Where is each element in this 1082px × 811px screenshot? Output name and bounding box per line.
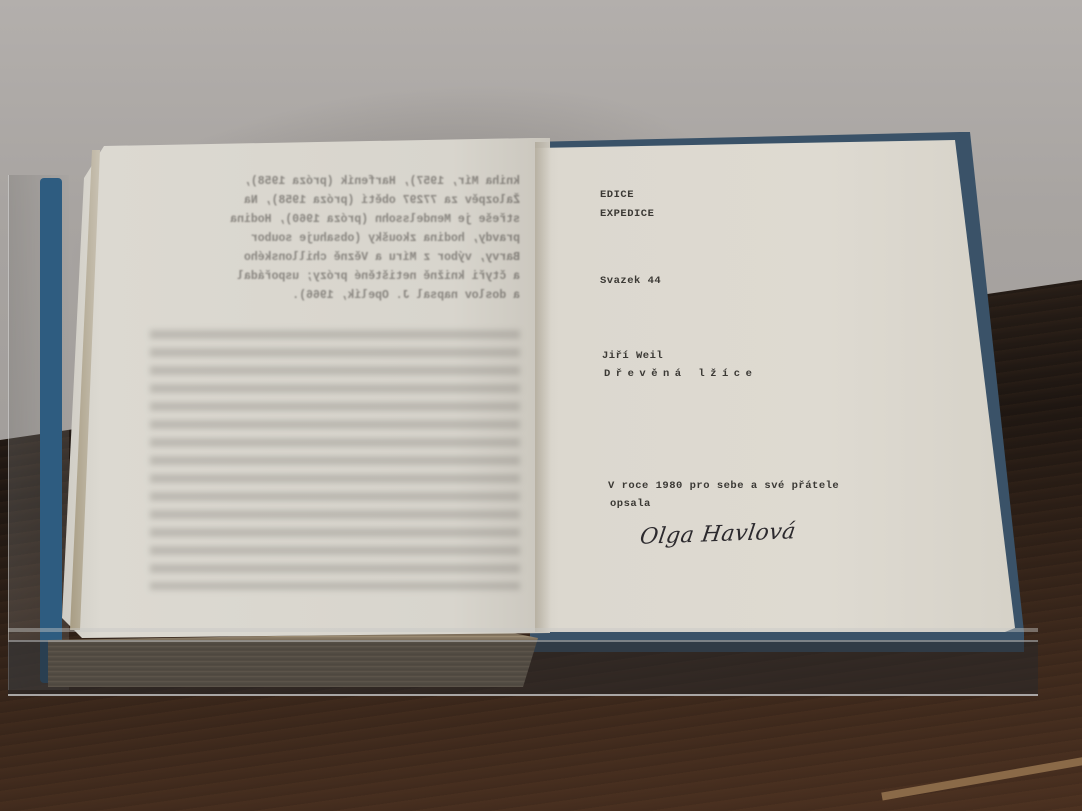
acrylic-stand-base <box>8 640 1038 696</box>
copy-note-line1: V roce 1980 pro sebe a své přátele <box>608 480 839 492</box>
bleed-line: pravdy, hodina zkoušky (obsahuje soubor <box>150 229 520 248</box>
bleed-line: kniha Mír, 1957), Harfeník (próza 1958), <box>150 172 520 191</box>
bleed-line: a čtyři knižně netištěné prózy; uspořáda… <box>150 267 520 286</box>
copy-note-line2: opsala <box>610 498 651 510</box>
series-label-edice: EDICE <box>600 189 634 201</box>
blurred-bleed-through-paragraphs <box>150 330 520 590</box>
bleed-line: a doslov napsal J. Opelík, 1966). <box>150 286 520 305</box>
bleed-line: Barvy, výbor z Míru a Vězně chillonského <box>150 248 520 267</box>
acrylic-lip-glare <box>8 628 1038 632</box>
series-label-expedice: EXPEDICE <box>600 208 654 220</box>
volume-number: Svazek 44 <box>600 275 661 287</box>
book-cover-left <box>40 178 62 683</box>
book-title: Dřevěná lžíce <box>604 368 757 380</box>
author-name: Jiří Weil <box>602 350 663 362</box>
bleed-line: střeše je Mendelssohn (próza 1960), Hodi… <box>150 210 520 229</box>
book-gutter <box>535 142 551 632</box>
bleed-line: Žalozpěv za 77297 obětí (próza 1958), Na <box>150 191 520 210</box>
bleed-through-text: kniha Mír, 1957), Harfeník (próza 1958),… <box>150 172 520 305</box>
